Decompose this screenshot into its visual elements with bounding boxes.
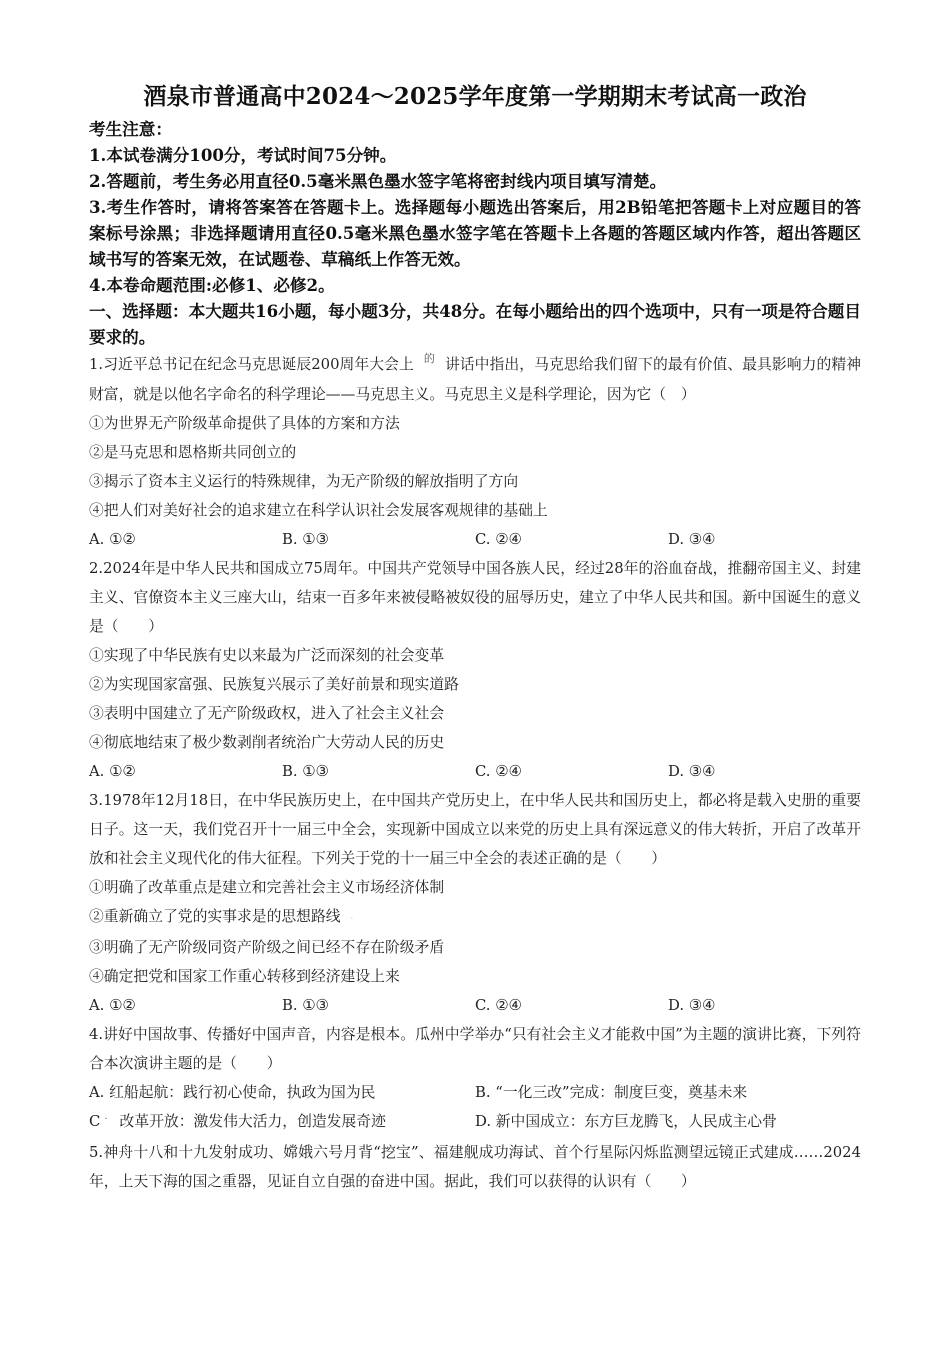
section-heading: 一、选择题：本大题共16小题，每小题3分，共48分。在每小题给出的四个选项中，只…: [89, 298, 861, 350]
option-c: C. ②④: [475, 525, 668, 554]
options-row: A. ①② B. ①③ C. ②④ D. ③④: [89, 991, 861, 1020]
options-row: A. ①② B. ①③ C. ②④ D. ③④: [89, 757, 861, 786]
option-d: D. ③④: [668, 525, 861, 554]
stem-text: 2024年是中华人民共和国成立75周年。中国共产党领导中国各族人民，经过28年的…: [89, 560, 861, 635]
notice-item-2: 2.答题前，考生务必用直径0.5毫米黑色墨水签字笔将密封线内项目填写清楚。: [89, 168, 861, 194]
question-stem: 1.习近平总书记在纪念马克思诞辰200周年大会上的讲话中指出，马克思给我们留下的…: [89, 350, 861, 409]
option-b: B. ①③: [282, 757, 475, 786]
statement: ④确定把党和国家工作重心转移到经济建设上来: [89, 962, 861, 991]
statement: ①为世界无产阶级革命提供了具体的方案和方法: [89, 409, 861, 438]
question-number: 4.: [89, 1026, 103, 1043]
question-4: 4.讲好中国故事、传播好中国声音，内容是根本。瓜州中学举办“只有社会主义才能救中…: [89, 1020, 861, 1138]
option-b: B. “一化三改”完成：制度巨变，奠基未来: [475, 1078, 861, 1107]
notice-item-3: 3.考生作答时，请将答案答在答题卡上。选择题每小题选出答案后，用2B铅笔把答题卡…: [89, 194, 861, 272]
statement: ①明确了改革重点是建立和完善社会主义市场经济体制: [89, 873, 861, 902]
question-1: 1.习近平总书记在纪念马克思诞辰200周年大会上的讲话中指出，马克思给我们留下的…: [89, 350, 861, 554]
statement: ③表明中国建立了无产阶级政权，进入了社会主义社会: [89, 699, 861, 728]
option-c-label: C: [89, 1113, 100, 1130]
option-b: B. ①③: [282, 525, 475, 554]
statement-text: ②重新确立了党的实事求是的思想路线: [89, 908, 341, 925]
statement: ②重新确立了党的实事求是的思想路线·: [89, 902, 861, 933]
option-a: A. ①②: [89, 525, 282, 554]
stem-text: 讲好中国故事、传播好中国声音，内容是根本。瓜州中学举办“只有社会主义才能救中国”…: [89, 1026, 861, 1072]
options-row: C·改革开放：激发伟大活力，创造发展奇迹 D. 新中国成立：东方巨龙腾飞，人民成…: [89, 1107, 861, 1138]
question-5: 5.神舟十八和十九发射成功、嫦娥六号月背“挖宝”、福建舰成功海试、首个行星际闪烁…: [89, 1138, 861, 1196]
notice-item-1: 1.本试卷满分100分，考试时间75分钟。: [89, 142, 861, 168]
option-c-text: 改革开放：激发伟大活力，创造发展奇迹: [120, 1113, 386, 1130]
question-number: 5.: [89, 1144, 103, 1161]
stem-text: 习近平总书记在纪念马克思诞辰200周年大会上: [103, 356, 414, 373]
notice-heading: 考生注意：: [89, 116, 861, 142]
option-c: C·改革开放：激发伟大活力，创造发展奇迹: [89, 1107, 475, 1138]
question-stem: 2.2024年是中华人民共和国成立75周年。中国共产党领导中国各族人民，经过28…: [89, 554, 861, 641]
question-3: 3.1978年12月18日，在中华民族历史上，在中国共产党历史上，在中华人民共和…: [89, 786, 861, 1020]
statement: ④彻底地结束了极少数剥削者统治广大劳动人民的历史: [89, 728, 861, 757]
exam-page: 酒泉市普通高中2024～2025学年度第一学期期末考试高一政治 考生注意： 1.…: [89, 80, 861, 1196]
option-d: D. 新中国成立：东方巨龙腾飞，人民成主心骨: [475, 1107, 861, 1138]
question-stem: 3.1978年12月18日，在中华民族历史上，在中国共产党历史上，在中华人民共和…: [89, 786, 861, 873]
question-stem: 5.神舟十八和十九发射成功、嫦娥六号月背“挖宝”、福建舰成功海试、首个行星际闪烁…: [89, 1138, 861, 1196]
option-a: A. 红船起航：践行初心使命，执政为国为民: [89, 1078, 475, 1107]
stem-text: 1978年12月18日，在中华民族历史上，在中国共产党历史上，在中华人民共和国历…: [89, 792, 861, 867]
stray-mark: 的: [424, 352, 435, 365]
question-stem: 4.讲好中国故事、传播好中国声音，内容是根本。瓜州中学举办“只有社会主义才能救中…: [89, 1020, 861, 1078]
question-2: 2.2024年是中华人民共和国成立75周年。中国共产党领导中国各族人民，经过28…: [89, 554, 861, 786]
question-number: 2.: [89, 560, 103, 577]
notice-item-4: 4.本卷命题范围:必修1、必修2。: [89, 272, 861, 298]
question-number: 3.: [89, 792, 103, 809]
exam-title: 酒泉市普通高中2024～2025学年度第一学期期末考试高一政治: [89, 80, 861, 114]
options-row: A. ①② B. ①③ C. ②④ D. ③④: [89, 525, 861, 554]
options-row: A. 红船起航：践行初心使命，执政为国为民 B. “一化三改”完成：制度巨变，奠…: [89, 1078, 861, 1107]
option-a: A. ①②: [89, 757, 282, 786]
option-b: B. ①③: [282, 991, 475, 1020]
statement: ②是马克思和恩格斯共同创立的: [89, 438, 861, 467]
statement: ②为实现国家富强、民族复兴展示了美好前景和现实道路: [89, 670, 861, 699]
question-number: 1.: [89, 356, 103, 373]
option-a: A. ①②: [89, 991, 282, 1020]
notice-block: 考生注意： 1.本试卷满分100分，考试时间75分钟。 2.答题前，考生务必用直…: [89, 116, 861, 350]
stray-mark: ·: [104, 1114, 107, 1125]
statement: ③明确了无产阶级同资产阶级之间已经不存在阶级矛盾: [89, 933, 861, 962]
option-d: D. ③④: [668, 991, 861, 1020]
option-c: C. ②④: [475, 991, 668, 1020]
statement: ④把人们对美好社会的追求建立在科学认识社会发展客观规律的基础上: [89, 496, 861, 525]
statement: ③揭示了资本主义运行的特殊规律，为无产阶级的解放指明了方向: [89, 467, 861, 496]
questions: 1.习近平总书记在纪念马克思诞辰200周年大会上的讲话中指出，马克思给我们留下的…: [89, 350, 861, 1196]
option-c: C. ②④: [475, 757, 668, 786]
option-d: D. ③④: [668, 757, 861, 786]
statement: ①实现了中华民族有史以来最为广泛而深刻的社会变革: [89, 641, 861, 670]
stray-dot: ·: [351, 914, 354, 923]
stem-text: 神舟十八和十九发射成功、嫦娥六号月背“挖宝”、福建舰成功海试、首个行星际闪烁监测…: [89, 1144, 861, 1190]
